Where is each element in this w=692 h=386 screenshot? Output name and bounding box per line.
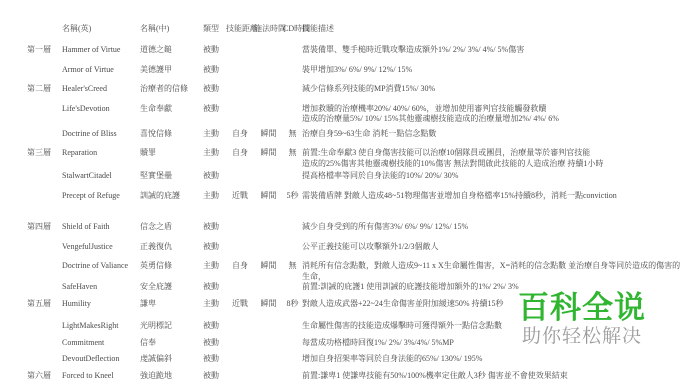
skill-type: 被動 xyxy=(196,371,226,382)
skill-name-zh: 訓誡的庇護 xyxy=(140,191,196,202)
skill-name-en: Healer'sCreed xyxy=(62,84,140,95)
skill-range: 自身 xyxy=(226,148,254,159)
skill-desc: 提高格檔率等同於自身法能的10%/ 20%/ 30% xyxy=(302,171,692,182)
skill-name-zh: 治療者的信條 xyxy=(140,84,196,95)
watermark-title: 百科全说 xyxy=(518,291,646,324)
skill-desc: 消耗所有信念點數，對敵人造成9~11 x X生命屬性傷害，X=消耗的信念點數 並… xyxy=(302,261,692,282)
skill-name-en: Armor of Virtue xyxy=(62,65,140,76)
skill-name-zh: 虔誠偏斜 xyxy=(140,354,196,365)
skill-name-en: VengefulJustice xyxy=(62,242,140,253)
table-row: Armor of Virtue 美德護甲 被動 裝甲增加3%/ 6%/ 9%/ … xyxy=(0,65,692,85)
skill-name-en: Commitment xyxy=(62,338,140,349)
skill-cd: 8秒 xyxy=(283,299,302,310)
table-row: StalwartCitadel 堅實堡壘 被動 提高格檔率等同於自身法能的10%… xyxy=(0,171,692,191)
skill-range: 近戰 xyxy=(226,191,254,202)
skill-name-zh: 美德護甲 xyxy=(140,65,196,76)
skill-name-zh: 強迫跪地 xyxy=(140,371,196,382)
tier-label: 第二層 xyxy=(0,84,62,95)
skill-name-zh: 生命奉獻 xyxy=(140,104,196,115)
skill-cd: 無 xyxy=(283,129,302,140)
skill-type: 被動 xyxy=(196,242,226,253)
skill-name-zh: 喜悅信條 xyxy=(140,129,196,140)
table-row: 第三層 Reparation 贖罪 主動 自身 瞬間 無 前置:生命奉獻3 使自… xyxy=(0,148,692,169)
skill-type: 被動 xyxy=(196,104,226,115)
skill-name-zh: 贖罪 xyxy=(140,148,196,159)
skill-name-zh: 英勇信條 xyxy=(140,261,196,272)
skill-type: 主動 xyxy=(196,299,226,310)
skill-type: 主動 xyxy=(196,261,226,272)
skill-type: 主動 xyxy=(196,191,226,202)
header-desc: 技能描述 xyxy=(302,24,692,35)
table-row: 第四層 Shield of Faith 信念之盾 被動 減少自身受到的所有傷害3… xyxy=(0,222,692,242)
skill-desc: 增加救贖的治療機率20%/ 40%/ 60%，並增加使用審判官技能觸發救贖造成的… xyxy=(302,104,692,125)
skill-type: 被動 xyxy=(196,171,226,182)
skill-type: 主動 xyxy=(196,148,226,159)
skill-name-zh: 信念之盾 xyxy=(140,222,196,233)
skill-name-en: Shield of Faith xyxy=(62,222,140,233)
skill-cast-time: 瞬間 xyxy=(254,191,283,202)
table-row: Doctrine of Bliss 喜悅信條 主動 自身 瞬間 無 治療自身59… xyxy=(0,129,692,149)
table-row: 第六層 Forced to Kneel 強迫跪地 被動 前置:謙卑1 使謙卑技能… xyxy=(0,371,692,386)
skill-name-zh: 堅實堡壘 xyxy=(140,171,196,182)
skill-name-en: Doctrine of Valiance xyxy=(62,261,140,272)
table-row: Precept of Refuge 訓誡的庇護 主動 近戰 瞬間 5秒 需裝備盾… xyxy=(0,191,692,211)
skill-type: 被動 xyxy=(196,84,226,95)
skill-name-en: LightMakesRight xyxy=(62,321,140,332)
skill-name-zh: 光明標記 xyxy=(140,321,196,332)
table-header: 名稱(英) 名稱(中) 類型 技能距離 施法時間 CD時間 技能描述 xyxy=(0,24,692,37)
table-row: DevoutDeflection 虔誠偏斜 被動 增加自身招架率等同於自身法能的… xyxy=(0,354,692,371)
skill-type: 被動 xyxy=(196,338,226,349)
skill-cd: 5秒 xyxy=(283,191,302,202)
watermark: 百科全说 助你轻松解决 xyxy=(518,291,646,348)
skill-desc: 公平正義技能可以攻擊額外1/2/3個敵人 xyxy=(302,242,692,253)
skill-name-en: StalwartCitadel xyxy=(62,171,140,182)
skill-name-zh: 道德之鎚 xyxy=(140,45,196,56)
table-row: 第一層 Hammer of Virtue 道德之鎚 被動 當裝備單、雙手槌時近戰… xyxy=(0,45,692,65)
skill-type: 被動 xyxy=(196,354,226,365)
tier-label: 第五層 xyxy=(0,299,62,310)
skill-cast-time: 瞬間 xyxy=(254,129,283,140)
tier-label: 第四層 xyxy=(0,222,62,233)
skill-name-zh: 信奉 xyxy=(140,338,196,349)
skill-cd: 無 xyxy=(283,148,302,159)
skill-type: 被動 xyxy=(196,321,226,332)
tier-label: 第六層 xyxy=(0,371,62,382)
skill-desc: 前置:謙卑1 使謙卑技能有50%/100%機率定住敵人3秒 傷害並不會使效果結束 xyxy=(302,371,692,382)
tier-label: 第一層 xyxy=(0,45,62,56)
header-name-en: 名稱(英) xyxy=(62,24,140,35)
skill-desc: 減少自身受到的所有傷害3%/ 6%/ 9%/ 12%/ 15% xyxy=(302,222,692,233)
skill-type: 被動 xyxy=(196,222,226,233)
tier-label: 第三層 xyxy=(0,148,62,159)
table-row: Life'sDevotion 生命奉獻 被動 增加救贖的治療機率20%/ 40%… xyxy=(0,104,692,125)
skill-cd: 無 xyxy=(283,261,302,272)
skill-range: 自身 xyxy=(226,129,254,140)
skill-cast-time: 瞬間 xyxy=(254,299,283,310)
header-name-zh: 名稱(中) xyxy=(140,24,196,35)
skill-name-en: Precept of Refuge xyxy=(62,191,140,202)
skill-type: 主動 xyxy=(196,129,226,140)
table-row: 第二層 Healer'sCreed 治療者的信條 被動 減少信條系列技能的MP消… xyxy=(0,84,692,104)
skill-name-zh: 謙卑 xyxy=(140,299,196,310)
skill-name-zh: 正義復仇 xyxy=(140,242,196,253)
skill-name-en: Reparation xyxy=(62,148,140,159)
skill-name-en: Doctrine of Bliss xyxy=(62,129,140,140)
skill-desc: 治療自身59~63生命 消耗一點信念點數 xyxy=(302,129,692,140)
skill-name-en: SafeHaven xyxy=(62,282,140,293)
skill-name-en: DevoutDeflection xyxy=(62,354,140,365)
skill-name-en: Humility xyxy=(62,299,140,310)
header-cd-time: CD時間 xyxy=(283,24,302,35)
skill-name-en: Life'sDevotion xyxy=(62,104,140,115)
skill-desc: 需裝備盾牌 對敵人造成48~51物理傷害並增加自身格檔率15%持續8秒，消耗一點… xyxy=(302,191,692,202)
skill-desc: 當裝備單、雙手槌時近戰攻擊造成額外1%/ 2%/ 3%/ 4%/ 5%傷害 xyxy=(302,45,692,56)
skill-cast-time: 瞬間 xyxy=(254,148,283,159)
header-type: 類型 xyxy=(196,24,226,35)
watermark-subtitle: 助你轻松解决 xyxy=(518,326,646,348)
skill-desc: 前置:生命奉獻3 使自身傷害技能可以治療10個隊員或團員，治療量等於審判官技能造… xyxy=(302,148,692,169)
skill-cast-time: 瞬間 xyxy=(254,261,283,272)
table-row: Doctrine of Valiance 英勇信條 主動 自身 瞬間 無 消耗所… xyxy=(0,261,692,282)
skill-range: 自身 xyxy=(226,261,254,272)
skill-type: 被動 xyxy=(196,282,226,293)
skill-desc: 減少信條系列技能的MP消費15%/ 30% xyxy=(302,84,692,95)
skill-desc: 裝甲增加3%/ 6%/ 9%/ 12%/ 15% xyxy=(302,65,692,76)
header-range: 技能距離 xyxy=(226,24,254,35)
skill-name-zh: 安全庇護 xyxy=(140,282,196,293)
skill-type: 被動 xyxy=(196,45,226,56)
skill-desc: 增加自身招架率等同於自身法能的65%/ 130%/ 195% xyxy=(302,354,692,365)
skill-name-en: Hammer of Virtue xyxy=(62,45,140,56)
table-row: VengefulJustice 正義復仇 被動 公平正義技能可以攻擊額外1/2/… xyxy=(0,242,692,262)
skill-range: 近戰 xyxy=(226,299,254,310)
header-cast-time: 施法時間 xyxy=(254,24,283,35)
skill-type: 被動 xyxy=(196,65,226,76)
skill-name-en: Forced to Kneel xyxy=(62,371,140,382)
